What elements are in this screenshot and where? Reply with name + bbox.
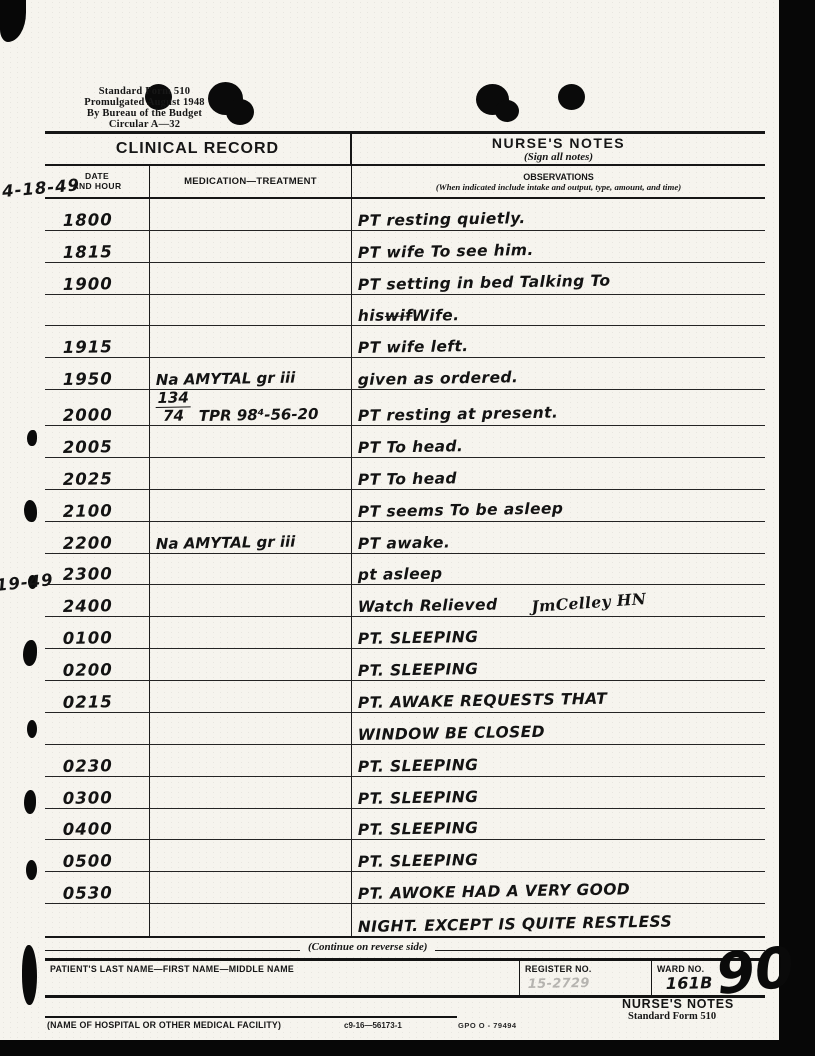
medication-cell xyxy=(150,585,352,616)
nurses-notes-header: NURSE'S NOTES (Sign all notes) xyxy=(352,134,765,164)
date-hour-cell: 1815 xyxy=(45,231,150,262)
medication-cell xyxy=(150,231,352,262)
observation-cell: pt asleep xyxy=(352,554,765,585)
handwritten-time: 1815 xyxy=(63,243,113,262)
handwritten-medication: Na AMYTAL gr iii xyxy=(156,370,296,389)
register-no-cell: REGISTER NO. 15-2729 xyxy=(520,961,652,995)
observation-cell: Watch RelievedJmCelley HN xyxy=(352,585,765,616)
handwritten-time: 2025 xyxy=(63,470,113,489)
scan-edge-speck xyxy=(22,945,37,1005)
title-band: CLINICAL RECORD NURSE'S NOTES (Sign all … xyxy=(45,134,765,166)
date-hour-cell: 2200 xyxy=(45,522,150,553)
date-hour-cell: 2300 xyxy=(45,554,150,585)
medication-cell xyxy=(150,295,352,326)
handwritten-time: 0500 xyxy=(63,852,113,871)
patient-name-cell: PATIENT'S LAST NAME—FIRST NAME—MIDDLE NA… xyxy=(45,961,520,995)
medication-cell: 13474TPR 98⁴-56-20 xyxy=(150,390,352,425)
table-row: 0300PT. SLEEPING xyxy=(45,777,765,809)
observation-cell: given as ordered. xyxy=(352,358,765,389)
nurses-notes-title: NURSE'S NOTES xyxy=(492,135,625,151)
table-row: 0230PT. SLEEPING xyxy=(45,745,765,777)
handwritten-observation: pt asleep xyxy=(358,565,443,584)
medication-cell xyxy=(150,326,352,357)
handwritten-observation: PT resting at present. xyxy=(358,404,559,425)
print-code: c9-16—56173-1 xyxy=(344,1021,402,1030)
medication-cell xyxy=(150,809,352,840)
scan-edge-speck xyxy=(27,430,37,446)
date-hour-cell: 1900 xyxy=(45,263,150,294)
handwritten-observation: PT To head. xyxy=(358,437,464,457)
observation-cell: PT wife To see him. xyxy=(352,231,765,262)
observation-cell: NIGHT. EXCEPT IS QUITE RESTLESS xyxy=(352,904,765,936)
table-row: 4-18-491800PT resting quietly. xyxy=(45,199,765,231)
marker-scribble: 90 xyxy=(713,940,796,1004)
date-hour-cell: 0200 xyxy=(45,649,150,680)
handwritten-observation: PT. SLEEPING xyxy=(358,756,479,776)
date-hour-cell: 1950 xyxy=(45,358,150,389)
observations-column-header: OBSERVATIONS (When indicated include int… xyxy=(352,166,765,197)
handwritten-medication: TPR 98⁴-56-20 xyxy=(199,406,319,425)
handwritten-observation: PT wife left. xyxy=(358,337,469,357)
handwritten-observation: NIGHT. EXCEPT IS QUITE RESTLESS xyxy=(358,913,673,936)
date-hour-cell: 2025 xyxy=(45,458,150,489)
gpo-code: GPO O - 79494 xyxy=(458,1021,517,1030)
handwritten-observation: PT. SLEEPING xyxy=(358,787,479,807)
date-hour-cell: 2000 xyxy=(45,390,150,425)
column-headers: DATE AND HOUR MEDICATION—TREATMENT OBSER… xyxy=(45,166,765,199)
handwritten-observation: PT. AWAKE REQUESTS THAT xyxy=(358,690,608,712)
handwritten-time: 0400 xyxy=(63,821,113,840)
handwritten-observation: WINDOW BE CLOSED xyxy=(358,723,545,744)
date-hour-cell: 0230 xyxy=(45,745,150,776)
handwritten-time: 0100 xyxy=(63,629,113,648)
date-hour-cell: 0500 xyxy=(45,840,150,871)
date-hour-cell: 19-492400 xyxy=(45,585,150,616)
medication-column-header: MEDICATION—TREATMENT xyxy=(150,166,352,197)
observation-cell: PT. AWOKE HAD A VERY GOOD xyxy=(352,872,765,903)
table-row: his wifWife. xyxy=(45,295,765,327)
table-row: NIGHT. EXCEPT IS QUITE RESTLESS xyxy=(45,904,765,936)
ward-no-value: 161B xyxy=(666,973,713,993)
handwritten-observation: PT awake. xyxy=(358,533,451,553)
date-hour-cell xyxy=(45,904,150,936)
table-row: 1900PT setting in bed Talking To xyxy=(45,263,765,295)
observation-cell: PT setting in bed Talking To xyxy=(352,263,765,294)
table-row: 2025PT To head xyxy=(45,458,765,490)
medication-cell xyxy=(150,458,352,489)
handwritten-time: 2005 xyxy=(63,438,113,457)
handwritten-time: 0300 xyxy=(63,789,113,808)
handwritten-observation: PT. SLEEPING xyxy=(358,851,479,871)
stamp-line: By Bureau of the Budget xyxy=(52,108,237,119)
medication-cell: Na AMYTAL gr iii xyxy=(150,522,352,553)
table-row: 19-492400Watch RelievedJmCelley HN xyxy=(45,585,765,617)
date-hour-cell xyxy=(45,295,150,326)
patient-info-bar: PATIENT'S LAST NAME—FIRST NAME—MIDDLE NA… xyxy=(45,958,765,998)
date-hour-cell: 2005 xyxy=(45,426,150,457)
handwritten-time: 0530 xyxy=(63,884,113,903)
stamp-line: Promulgated August 1948 xyxy=(52,97,237,108)
medication-cell xyxy=(150,745,352,776)
observation-cell: PT. SLEEPING xyxy=(352,840,765,871)
date-hour-cell: 4-18-491800 xyxy=(45,199,150,230)
handwritten-time: 2100 xyxy=(63,502,113,521)
table-row: WINDOW BE CLOSED xyxy=(45,713,765,745)
handwritten-observation: PT setting in bed Talking To xyxy=(358,271,611,293)
date-hour-cell xyxy=(45,713,150,744)
scan-bottom-margin xyxy=(0,1040,815,1056)
handwritten-time: 2300 xyxy=(63,566,113,585)
scan-right-margin xyxy=(779,0,815,1056)
footer-form-id: Standard Form 510 xyxy=(628,1011,716,1022)
clinical-record-title: CLINICAL RECORD xyxy=(45,134,352,164)
register-no-label: REGISTER NO. xyxy=(525,964,592,974)
table-row: 0100PT. SLEEPING xyxy=(45,617,765,649)
nurses-notes-form: CLINICAL RECORD NURSE'S NOTES (Sign all … xyxy=(45,131,765,935)
punch-hole xyxy=(495,100,519,122)
observation-cell: PT seems To be asleep xyxy=(352,490,765,521)
medication-cell xyxy=(150,199,352,230)
footer-nurses-notes-title: NURSE'S NOTES xyxy=(622,997,734,1011)
table-row: 0500PT. SLEEPING xyxy=(45,840,765,872)
handwritten-time: 1915 xyxy=(63,338,113,357)
form-id-stamp: Standard Form 510 Promulgated August 194… xyxy=(52,86,237,130)
observation-cell: PT. SLEEPING xyxy=(352,809,765,840)
handwritten-time: 1950 xyxy=(63,370,113,389)
stamp-line: Standard Form 510 xyxy=(52,86,237,97)
medication-cell xyxy=(150,617,352,648)
handwritten-time: 2200 xyxy=(63,534,113,553)
table-row: 200013474TPR 98⁴-56-20PT resting at pres… xyxy=(45,390,765,426)
observation-cell: PT. AWAKE REQUESTS THAT xyxy=(352,681,765,712)
facility-label: (NAME OF HOSPITAL OR OTHER MEDICAL FACIL… xyxy=(47,1020,281,1030)
handwritten-observation: PT To head xyxy=(358,469,457,489)
crossed-out-word: wif xyxy=(384,307,412,325)
medication-cell xyxy=(150,904,352,936)
handwritten-observation: his xyxy=(358,307,385,325)
date-hour-cell: 0215 xyxy=(45,681,150,712)
nurse-signature: JmCelley HN xyxy=(530,590,646,616)
table-row: 0215PT. AWAKE REQUESTS THAT xyxy=(45,681,765,713)
scan-edge-speck xyxy=(24,790,36,814)
observation-cell: PT. SLEEPING xyxy=(352,649,765,680)
table-row: 2100PT seems To be asleep xyxy=(45,490,765,522)
observation-cell: his wifWife. xyxy=(352,295,765,326)
observations-title: OBSERVATIONS xyxy=(523,172,594,182)
scan-edge-speck xyxy=(26,860,37,880)
handwritten-observation: Watch Relieved xyxy=(358,596,498,616)
observation-cell: PT To head. xyxy=(352,426,765,457)
table-row: 1950Na AMYTAL gr iiigiven as ordered. xyxy=(45,358,765,390)
medication-cell xyxy=(150,554,352,585)
sign-all-notes-note: (Sign all notes) xyxy=(524,151,593,163)
observation-cell: PT To head xyxy=(352,458,765,489)
handwritten-time: 2000 xyxy=(63,406,113,425)
handwritten-observation: given as ordered. xyxy=(358,368,519,389)
date-hour-cell: 0530 xyxy=(45,872,150,903)
table-row: 1815PT wife To see him. xyxy=(45,231,765,263)
bp-systolic: 134 xyxy=(155,390,191,409)
table-row: 2300pt asleep xyxy=(45,554,765,586)
observation-cell: PT resting quietly. xyxy=(352,199,765,230)
handwritten-time: 0200 xyxy=(63,661,113,680)
medication-cell xyxy=(150,872,352,903)
medication-cell xyxy=(150,649,352,680)
medication-cell xyxy=(150,426,352,457)
handwritten-observation: PT seems To be asleep xyxy=(358,499,564,521)
stamp-line: Circular A—32 xyxy=(52,119,237,130)
table-body: 4-18-491800PT resting quietly.1815PT wif… xyxy=(45,199,765,938)
handwritten-observation: Wife. xyxy=(412,307,460,326)
observations-subtitle: (When indicated include intake and outpu… xyxy=(436,182,681,192)
observation-cell: PT. SLEEPING xyxy=(352,617,765,648)
handwritten-observation: PT. SLEEPING xyxy=(358,819,479,839)
observation-cell: WINDOW BE CLOSED xyxy=(352,713,765,744)
handwritten-medication: Na AMYTAL gr iii xyxy=(156,533,296,552)
observation-cell: PT resting at present. xyxy=(352,390,765,425)
table-row: 0200PT. SLEEPING xyxy=(45,649,765,681)
table-row: 0400PT. SLEEPING xyxy=(45,809,765,841)
medication-cell xyxy=(150,263,352,294)
handwritten-blood-pressure: 13474 xyxy=(155,390,191,426)
date-hour-cell: 0300 xyxy=(45,777,150,808)
handwritten-time: 1800 xyxy=(63,211,113,230)
handwritten-time: 2400 xyxy=(63,597,113,616)
date-hour-cell: 0100 xyxy=(45,617,150,648)
date-hour-cell: 0400 xyxy=(45,809,150,840)
scanned-nurses-notes-page: { "corner_stamp": { "line1": "Standard F… xyxy=(0,0,815,1056)
table-row: 0530PT. AWOKE HAD A VERY GOOD xyxy=(45,872,765,904)
date-hour-cell: 2100 xyxy=(45,490,150,521)
register-no-value: 15-2729 xyxy=(528,976,590,992)
observation-cell: PT. SLEEPING xyxy=(352,777,765,808)
medication-cell xyxy=(150,490,352,521)
handwritten-observation: PT resting quietly. xyxy=(358,209,526,230)
facility-divider xyxy=(45,1016,457,1018)
observation-cell: PT. SLEEPING xyxy=(352,745,765,776)
scan-edge-speck xyxy=(24,500,37,522)
bp-diastolic: 74 xyxy=(163,408,184,425)
handwritten-observation: PT. AWOKE HAD A VERY GOOD xyxy=(358,880,631,903)
handwritten-time: 0215 xyxy=(63,693,113,712)
handwritten-time: 1900 xyxy=(63,275,113,294)
table-row: 1915PT wife left. xyxy=(45,326,765,358)
table-row: 2005PT To head. xyxy=(45,426,765,458)
medication-cell xyxy=(150,840,352,871)
patient-name-label: PATIENT'S LAST NAME—FIRST NAME—MIDDLE NA… xyxy=(50,964,294,974)
medication-cell xyxy=(150,681,352,712)
table-row: 2200Na AMYTAL gr iiiPT awake. xyxy=(45,522,765,554)
handwritten-observation: PT. SLEEPING xyxy=(358,628,479,648)
medication-cell xyxy=(150,713,352,744)
date-hour-cell: 1915 xyxy=(45,326,150,357)
observation-cell: PT wife left. xyxy=(352,326,765,357)
handwritten-observation: PT wife To see him. xyxy=(358,241,534,262)
medication-cell: Na AMYTAL gr iii xyxy=(150,358,352,389)
punch-hole xyxy=(558,84,585,110)
medication-cell xyxy=(150,777,352,808)
handwritten-observation: PT. SLEEPING xyxy=(358,660,479,680)
scan-edge-speck xyxy=(27,720,37,738)
continue-note: (Continue on reverse side) xyxy=(300,941,435,953)
handwritten-time: 0230 xyxy=(63,757,113,776)
observation-cell: PT awake. xyxy=(352,522,765,553)
